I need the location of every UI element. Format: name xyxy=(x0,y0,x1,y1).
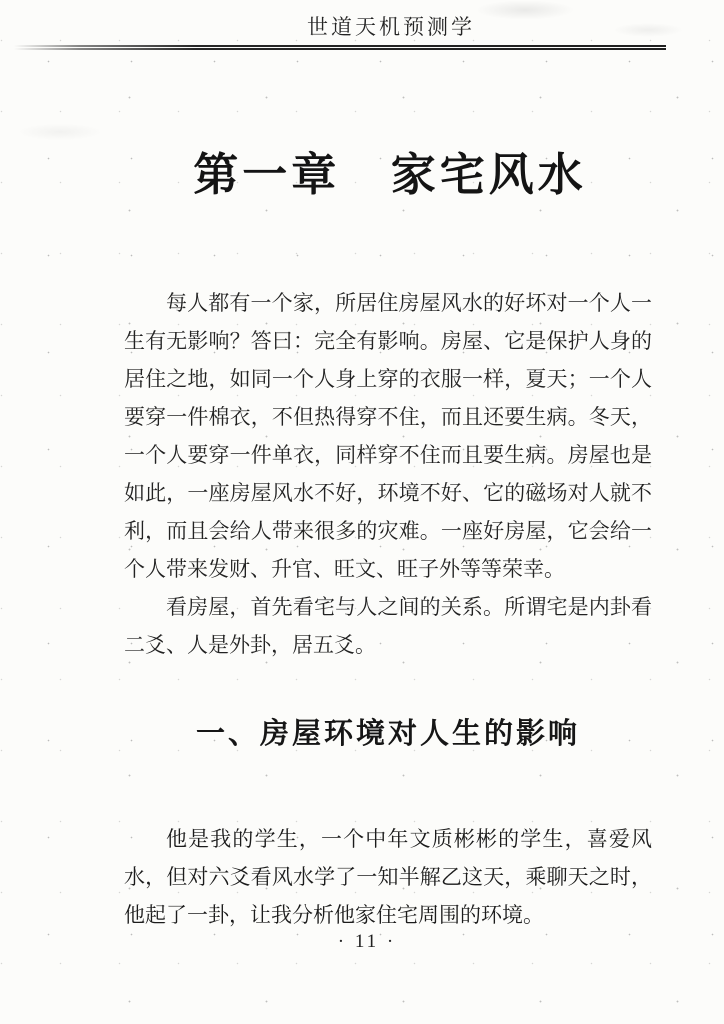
text-line: 要穿一件棉衣，不但热得穿不住，而且还要生病。冬天， xyxy=(124,398,652,436)
text-line: 利，而且会给人带来很多的灾难。一座好房屋，它会给一 xyxy=(124,512,652,550)
page: 世道天机预测学 第一章 家宅风水 每人都有一个家，所居住房屋风水的好坏对一个人一… xyxy=(0,0,724,1024)
text-line: 他是我的学生，一个中年文质彬彬的学生，喜爱风 xyxy=(124,820,652,858)
chapter-title: 第一章 家宅风水 xyxy=(0,138,724,203)
text-line: 看房屋，首先看宅与人之间的关系。所谓宅是内卦看 xyxy=(124,588,652,626)
text-line: 水，但对六爻看风水学了一知半解乙这天，乘聊天之时， xyxy=(124,858,652,896)
paragraph-3: 他是我的学生，一个中年文质彬彬的学生，喜爱风水，但对六爻看风水学了一知半解乙这天… xyxy=(124,820,652,934)
text-line: 生有无影响？答曰：完全有影响。房屋、它是保护人身的 xyxy=(124,322,652,360)
chapter-title-number: 第一章 xyxy=(193,149,340,200)
text-line: 每人都有一个家，所居住房屋风水的好坏对一个人一 xyxy=(124,284,652,322)
text-line: 个人带来发财、升官、旺文、旺子外等等荣幸。 xyxy=(124,550,652,588)
page-body: 每人都有一个家，所居住房屋风水的好坏对一个人一生有无影响？答曰：完全有影响。房屋… xyxy=(124,284,652,934)
header-rule-top-line xyxy=(14,45,666,47)
chapter-title-name: 家宅风水 xyxy=(391,149,587,200)
text-line: 如此，一座房屋风水不好，环境不好、它的磁场对人就不 xyxy=(124,474,652,512)
paragraph-2: 看房屋，首先看宅与人之间的关系。所谓宅是内卦看二爻、人是外卦，居五爻。 xyxy=(124,588,652,664)
header-rule xyxy=(14,45,666,50)
text-line: 居住之地，如同一个人身上穿的衣服一样，夏天；一个人 xyxy=(124,360,652,398)
paragraph-1: 每人都有一个家，所居住房屋风水的好坏对一个人一生有无影响？答曰：完全有影响。房屋… xyxy=(124,284,652,588)
scanned-book-page: { "document": { "running_header": "世道天机预… xyxy=(0,0,724,1024)
header-rule-bottom-line xyxy=(14,48,666,50)
section-heading: 一、房屋环境对人生的影响 xyxy=(124,712,652,756)
running-header: 世道天机预测学 xyxy=(0,11,724,41)
text-line: 一个人要穿一件单衣，同样穿不住而且要生病。房屋也是 xyxy=(124,436,652,474)
page-number: · 11 · xyxy=(0,931,724,953)
text-line: 他起了一卦，让我分析他家住宅周围的环境。 xyxy=(124,896,652,934)
text-line: 二爻、人是外卦，居五爻。 xyxy=(124,626,652,664)
